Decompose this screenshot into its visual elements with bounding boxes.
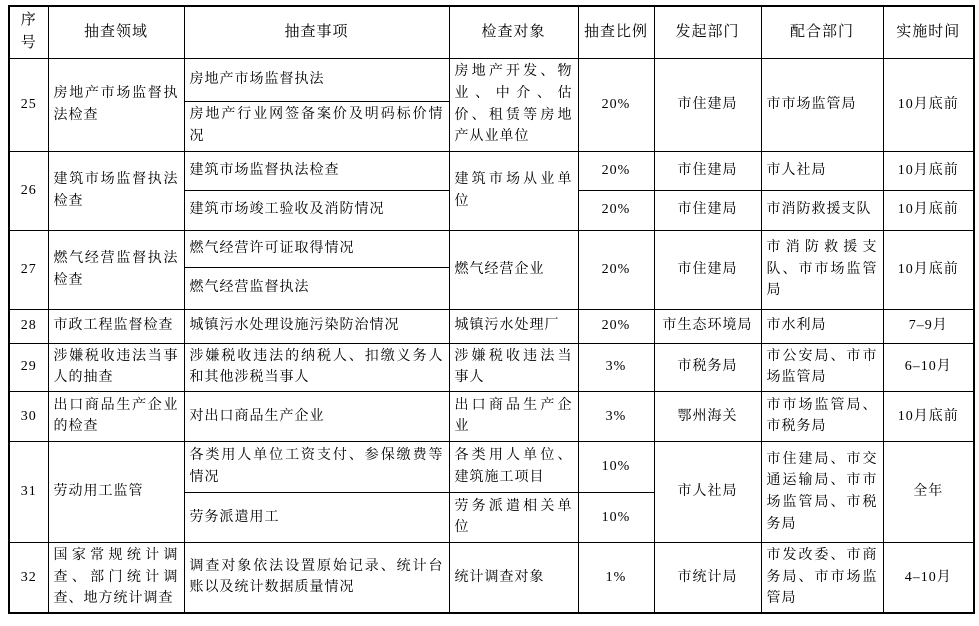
cell-32-target: 统计调查对象 [449,542,578,613]
cell-28-initiator: 市生态环境局 [654,309,761,343]
cell-25-ratio: 20% [578,58,654,151]
header-ratio: 抽查比例 [578,6,654,58]
cell-26-ratio1: 20% [578,151,654,190]
cell-29-no: 29 [9,343,48,391]
cell-28-no: 28 [9,309,48,343]
cell-25-time: 10月底前 [883,58,974,151]
cell-26-item1: 建筑市场监督执法检查 [184,151,449,190]
cell-30-item: 对出口商品生产企业 [184,391,449,441]
cell-32-no: 32 [9,542,48,613]
cell-30-ratio: 3% [578,391,654,441]
cell-26-initiator2: 市住建局 [654,190,761,230]
cell-25-item2: 房地产行业网签备案价及明码标价情况 [184,101,449,151]
table-row-31a: 31 劳动用工监管 各类用人单位工资支付、参保缴费等情况 各类用人单位、建筑施工… [9,441,974,492]
cell-25-cooperator: 市市场监管局 [761,58,883,151]
header-area: 抽查领域 [48,6,184,58]
cell-29-time: 6–10月 [883,343,974,391]
cell-29-initiator: 市税务局 [654,343,761,391]
cell-32-initiator: 市统计局 [654,542,761,613]
cell-27-no: 27 [9,230,48,309]
table-row-29: 29 涉嫌税收违法当事人的抽查 涉嫌税收违法的纳税人、扣缴义务人和其他涉税当事人… [9,343,974,391]
cell-29-item: 涉嫌税收违法的纳税人、扣缴义务人和其他涉税当事人 [184,343,449,391]
cell-32-time: 4–10月 [883,542,974,613]
cell-27-item2: 燃气经营监督执法 [184,267,449,309]
cell-32-ratio: 1% [578,542,654,613]
cell-30-time: 10月底前 [883,391,974,441]
cell-28-cooperator: 市水利局 [761,309,883,343]
cell-27-target: 燃气经营企业 [449,230,578,309]
cell-31-target1: 各类用人单位、建筑施工项目 [449,441,578,492]
cell-26-time2: 10月底前 [883,190,974,230]
cell-29-ratio: 3% [578,343,654,391]
cell-30-initiator: 鄂州海关 [654,391,761,441]
cell-31-target2: 劳务派遣相关单位 [449,492,578,542]
cell-27-ratio: 20% [578,230,654,309]
cell-29-area: 涉嫌税收违法当事人的抽查 [48,343,184,391]
cell-30-area: 出口商品生产企业的检查 [48,391,184,441]
cell-31-no: 31 [9,441,48,542]
cell-26-ratio2: 20% [578,190,654,230]
cell-29-target: 涉嫌税收违法当事人 [449,343,578,391]
cell-26-cooperator1: 市人社局 [761,151,883,190]
table-row-30: 30 出口商品生产企业的检查 对出口商品生产企业 出口商品生产企业 3% 鄂州海… [9,391,974,441]
cell-27-time: 10月底前 [883,230,974,309]
cell-25-item1: 房地产市场监督执法 [184,58,449,101]
cell-25-target: 房地产开发、物业、中介、估价、租赁等房地产从业单位 [449,58,578,151]
cell-32-cooperator: 市发改委、市商务局、市市场监管局 [761,542,883,613]
cell-25-no: 25 [9,58,48,151]
cell-31-ratio2: 10% [578,492,654,542]
cell-27-initiator: 市住建局 [654,230,761,309]
cell-32-area: 国家常规统计调查、部门统计调查、地方统计调查 [48,542,184,613]
header-item: 抽查事项 [184,6,449,58]
cell-31-cooperator: 市住建局、市交通运输局、市市场监管局、市税务局 [761,441,883,542]
cell-29-cooperator: 市公安局、市市场监管局 [761,343,883,391]
table-row-27a: 27 燃气经营监督执法检查 燃气经营许可证取得情况 燃气经营企业 20% 市住建… [9,230,974,267]
cell-26-initiator1: 市住建局 [654,151,761,190]
header-no: 序号 [9,6,48,58]
cell-31-time: 全年 [883,441,974,542]
cell-31-initiator: 市人社局 [654,441,761,542]
header-initiator: 发起部门 [654,6,761,58]
header-target: 检查对象 [449,6,578,58]
cell-26-cooperator2: 市消防救援支队 [761,190,883,230]
cell-31-ratio1: 10% [578,441,654,492]
cell-27-area: 燃气经营监督执法检查 [48,230,184,309]
cell-27-item1: 燃气经营许可证取得情况 [184,230,449,267]
header-row: 序号 抽查领域 抽查事项 检查对象 抽查比例 发起部门 配合部门 实施时间 [9,6,974,58]
document-page: 序号 抽查领域 抽查事项 检查对象 抽查比例 发起部门 配合部门 实施时间 25… [0,0,979,626]
cell-30-no: 30 [9,391,48,441]
cell-28-item: 城镇污水处理设施污染防治情况 [184,309,449,343]
cell-25-initiator: 市住建局 [654,58,761,151]
cell-28-ratio: 20% [578,309,654,343]
cell-32-item: 调查对象依法设置原始记录、统计台账以及统计数据质量情况 [184,542,449,613]
table-row-25a: 25 房地产市场监督执法检查 房地产市场监督执法 房地产开发、物业、中介、估价、… [9,58,974,101]
table-row-32: 32 国家常规统计调查、部门统计调查、地方统计调查 调查对象依法设置原始记录、统… [9,542,974,613]
cell-31-item2: 劳务派遣用工 [184,492,449,542]
cell-26-area: 建筑市场监督执法检查 [48,151,184,230]
table-row-26a: 26 建筑市场监督执法检查 建筑市场监督执法检查 建筑市场从业单位 20% 市住… [9,151,974,190]
cell-30-target: 出口商品生产企业 [449,391,578,441]
cell-27-cooperator: 市消防救援支队、市市场监管局 [761,230,883,309]
cell-28-target: 城镇污水处理厂 [449,309,578,343]
cell-31-item1: 各类用人单位工资支付、参保缴费等情况 [184,441,449,492]
cell-26-no: 26 [9,151,48,230]
cell-26-item2: 建筑市场竣工验收及消防情况 [184,190,449,230]
header-cooperator: 配合部门 [761,6,883,58]
inspection-table: 序号 抽查领域 抽查事项 检查对象 抽查比例 发起部门 配合部门 实施时间 25… [8,5,975,614]
cell-26-time1: 10月底前 [883,151,974,190]
cell-26-target: 建筑市场从业单位 [449,151,578,230]
table-row-28: 28 市政工程监督检查 城镇污水处理设施污染防治情况 城镇污水处理厂 20% 市… [9,309,974,343]
cell-25-area: 房地产市场监督执法检查 [48,58,184,151]
header-time: 实施时间 [883,6,974,58]
cell-31-area: 劳动用工监管 [48,441,184,542]
cell-28-area: 市政工程监督检查 [48,309,184,343]
cell-28-time: 7–9月 [883,309,974,343]
cell-30-cooperator: 市市场监管局、市税务局 [761,391,883,441]
